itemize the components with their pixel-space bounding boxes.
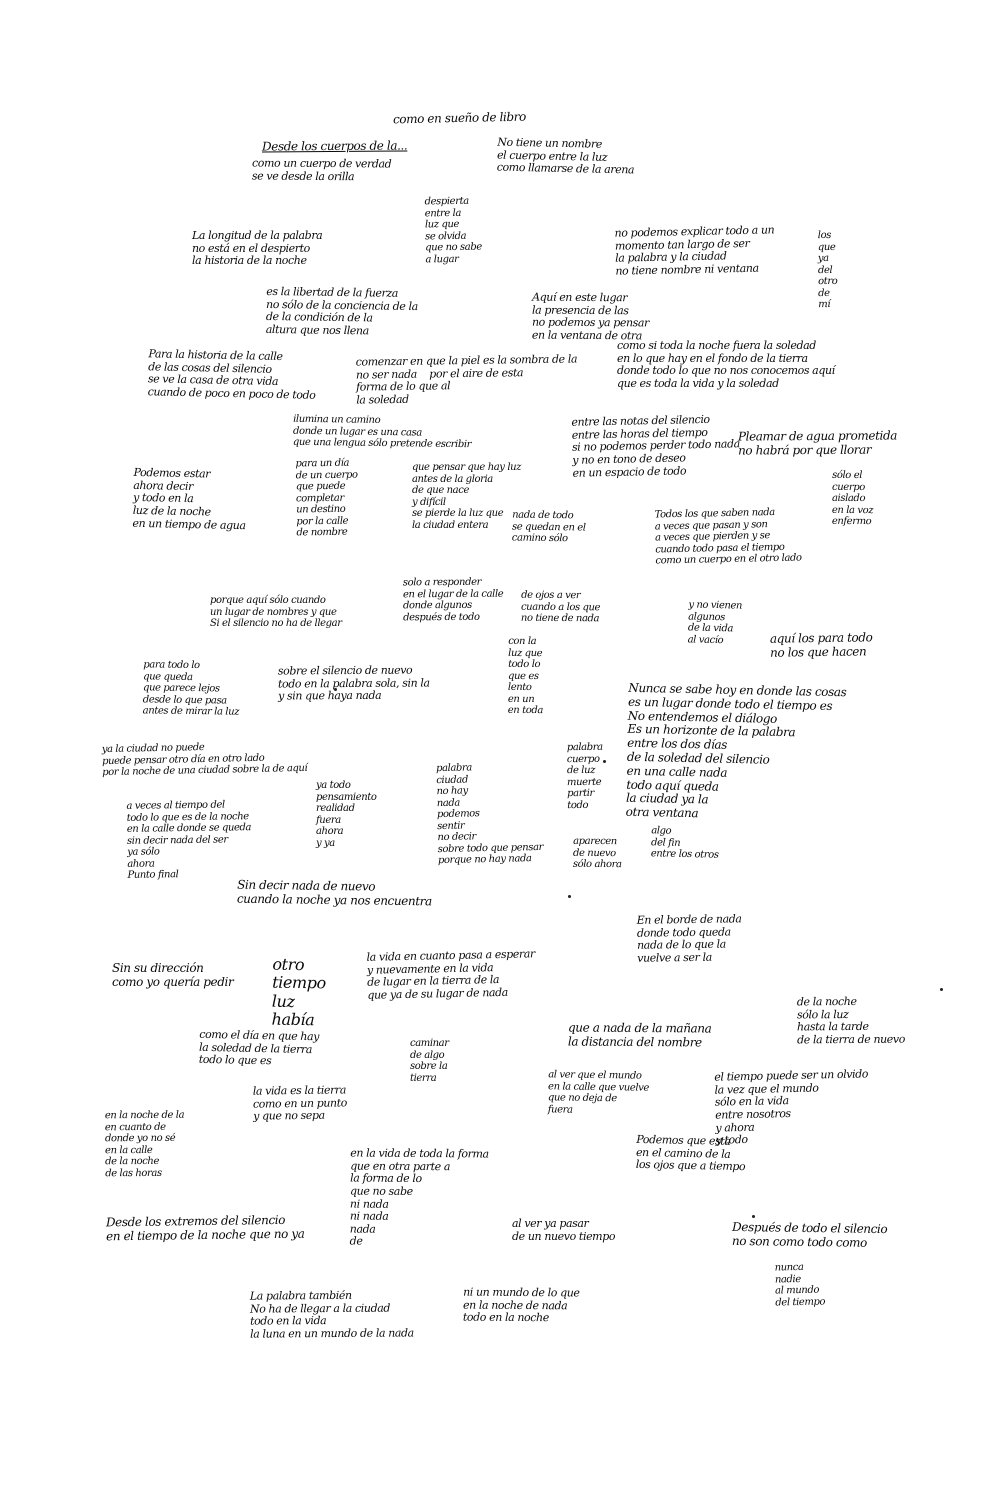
handwritten-line: para todo lo [143,659,240,672]
handwritten-fragment: despiertaentre laluz quese olvidaque no … [425,196,483,266]
handwritten-fragment: y no vienenalgunosde la vidaal vacío [688,599,743,646]
handwritten-fragment: de ojos a vercuando a los queno tiene de… [521,590,600,625]
handwritten-line: La longitud de la palabra [192,230,322,243]
handwritten-line: que no sabe [425,242,482,254]
handwritten-line: de la vida [688,622,742,635]
handwritten-line: se pierde la luz que [412,508,521,520]
handwritten-line: nada [350,1223,488,1237]
handwritten-fragment: Sin decir nada de nuevocuando la noche y… [237,879,432,909]
ink-speck [940,988,943,991]
handwritten-line: ya todo [316,780,377,792]
handwritten-line: en un tiempo de agua [132,517,245,532]
handwritten-line: de un nuevo tiempo [512,1231,615,1244]
handwritten-line: cuando de poco en poco de todo [147,386,315,402]
handwritten-fragment: aparecende nuevosólo ahora [573,836,622,871]
handwritten-line: la distancia del nombre [568,1035,711,1050]
handwritten-line: realidad [316,803,377,815]
handwritten-fragment: la vida en cuanto pasa a esperary nuevam… [366,948,535,1002]
handwritten-line: cuando a los que [521,601,600,613]
handwritten-line: como yo quería pedir [112,976,233,990]
handwritten-fragment: ya todopensamientorealidadfueraahoray ya [316,780,377,849]
handwritten-line: de luz [567,765,603,777]
handwritten-line: de [818,287,837,299]
handwritten-line: antes de la gloria [412,474,521,486]
handwritten-line: los [818,230,837,242]
handwritten-fragment: entre las notas del silencioentre las ho… [571,413,740,480]
handwritten-line: otro [272,956,326,975]
handwritten-line: que pensar que hay luz [412,462,521,474]
handwritten-line: enfermo [832,516,873,528]
handwritten-line: de que nace [412,485,521,497]
handwritten-fragment: La longitud de la palabrano está en el d… [192,230,322,268]
handwritten-fragment: como un cuerpo de verdadse ve desde la o… [252,158,391,184]
handwritten-line: porque no hay nada [438,853,543,867]
handwritten-line: en la voz [832,504,873,516]
handwritten-line: por la calle [296,515,358,527]
handwritten-line: como en sueño de libro [393,111,526,128]
handwritten-line: fuera [548,1104,649,1117]
handwritten-fragment: Aquí en este lugarla presencia de lasno … [532,292,649,343]
handwritten-fragment: como si toda la noche fuera la soledaden… [617,340,835,391]
handwritten-fragment: porque aquí sólo cuandoun lugar de nombr… [210,595,342,630]
handwritten-fragment: la vida es la tierracomo en un puntoy qu… [253,1084,347,1123]
handwritten-fragment: que a nada de la mañanala distancia del … [568,1022,712,1051]
handwritten-line: ahora [316,826,377,838]
handwritten-line: de la noche [105,1156,184,1168]
handwritten-line: a lugar [425,253,482,265]
handwritten-line: cuerpo [567,753,603,765]
handwritten-line: completar [296,492,358,504]
ink-speck [603,760,606,763]
handwritten-line: fuera [316,815,377,827]
handwritten-fragment: Nunca se sabe hoy en donde las cosases u… [626,682,847,825]
handwritten-fragment: en la noche de laen cuanto dedonde yo no… [105,1110,185,1180]
handwritten-line: que no deja de [548,1092,649,1105]
handwritten-line: aparecen [573,836,622,848]
handwritten-line: en el tiempo de la noche que no ya [106,1227,305,1244]
handwritten-line: otro [818,276,837,288]
handwritten-fragment: Pleamar de agua prometidano habrá por qu… [738,429,897,458]
handwritten-line: donde algunos [403,600,503,612]
ink-speck [568,895,571,898]
handwritten-line: que una lengua sólo pretende escribir [293,437,471,451]
handwritten-fragment: losqueyadelotrodemí [818,230,838,311]
handwritten-line: muerte [567,776,603,788]
handwritten-line: había [271,1011,325,1030]
handwritten-fragment: palabraciudadno haynadapodemossentirno d… [436,761,543,867]
handwritten-fragment: sólo elcuerpoaisladoen la vozenfermo [832,470,874,528]
handwritten-line: al ver ya pasar [512,1218,615,1231]
handwritten-line: la soledad [356,391,578,407]
handwritten-line: aislado [832,493,873,505]
handwritten-line: no habrá por que llorar [738,443,897,458]
handwritten-line: no tiene nombre ni ventana [615,262,775,278]
handwritten-line: en el lugar de la calle [403,588,503,600]
handwritten-line: en toda [508,705,543,717]
handwritten-fragment: Desde los extremos del silencioen el tie… [106,1214,305,1244]
handwritten-line: para un día [295,458,357,470]
handwritten-line: todo lo que es [199,1054,319,1069]
handwritten-line: y que no sepa [253,1110,347,1124]
handwritten-line: Sin su dirección [112,962,233,976]
handwritten-line: altura que nos llena [266,324,418,339]
handwritten-line: al mundo [775,1284,825,1297]
ink-speck [334,688,337,691]
handwritten-fragment: de la nochesólo la luzhasta la tardede l… [797,996,905,1047]
handwritten-line: no los que hacen [770,645,873,660]
handwritten-line: luz que [425,219,482,231]
handwritten-line: partir [567,788,603,800]
handwritten-line: del tiempo [775,1296,825,1309]
handwritten-line: entre la [425,207,482,219]
handwritten-line: despierta [425,196,482,208]
handwritten-line: todo lo [508,659,543,671]
handwritten-line: pensamiento [316,792,377,804]
handwritten-line: se olvida [425,230,482,242]
handwritten-fragment: no podemos explicar todo a unmomento tan… [614,224,775,278]
handwritten-fragment: comenzar en que la piel es la sombra de … [356,353,578,407]
handwritten-line: de algo [410,1050,449,1062]
handwritten-line: los ojos que a tiempo [636,1159,746,1174]
handwritten-line: de nuevo [573,847,622,859]
handwritten-fragment: ya la ciudad no puedepuede pensar otro d… [102,740,308,779]
handwritten-fragment: para todo loque quedaque parece lejosdes… [143,659,240,718]
handwritten-line: sólo el [832,470,873,482]
handwritten-line: la ciudad entera [412,520,521,532]
handwritten-line: Si el silencio no ha de llegar [210,618,342,630]
handwritten-line: Desde los cuerpos de la... [262,139,407,154]
handwritten-fragment: caminarde algosobre latierra [410,1038,449,1084]
handwritten-line: un destino [296,504,358,516]
handwritten-line: cuerpo [832,481,873,493]
handwritten-fragment: con laluz quetodo loque eslentoen unen t… [508,636,544,717]
handwritten-line: que parece lejos [143,682,240,695]
handwritten-line: un lugar de nombres y que [210,607,342,619]
handwritten-line: como si toda la noche fuera la soledad [617,340,835,353]
handwritten-line: luz que [508,647,543,659]
handwritten-line: porque aquí sólo cuando [210,595,342,607]
handwritten-line: donde yo no sé [105,1133,184,1145]
handwritten-line: que puede [296,481,358,493]
handwritten-fragment: No tiene un nombreel cuerpo entre la luz… [497,137,635,178]
handwritten-line: como un cuerpo en el otro lado [655,552,801,567]
handwritten-line: ya [818,253,837,265]
handwritten-line: la luna en un mundo de la nada [250,1327,414,1341]
handwritten-line: que ya de su lugar de nada [367,986,535,1002]
handwritten-fragment: en la vida de toda la formaque en otra p… [350,1148,489,1250]
handwritten-line: nada de todo [512,509,586,522]
handwritten-fragment: al ver que el mundoen la calle que vuelv… [548,1069,649,1116]
handwritten-line: al ver que el mundo [548,1069,649,1082]
handwritten-line: vuelve a ser la [637,951,742,965]
handwritten-line: luz [272,992,326,1011]
handwritten-line: y ya [316,838,377,850]
handwritten-line: del [818,264,837,276]
handwritten-line: de las horas [105,1167,184,1179]
handwritten-fragment: otrotiempoluzhabía [271,956,326,1030]
handwritten-line: al vacío [688,634,742,647]
handwritten-fragment: Desde los cuerpos de la... [262,139,407,154]
handwritten-fragment: Después de todo el silenciono son como t… [732,1221,888,1251]
handwritten-line: palabra [567,742,603,754]
handwritten-fragment: palabracuerpode luzmuertepartirtodo [567,742,603,811]
ink-speck [752,1215,755,1218]
handwritten-line: que [818,241,837,253]
handwritten-line: camino sólo [512,532,586,545]
handwritten-fragment: La palabra tambiénNo ha de llegar a la c… [250,1289,414,1341]
handwritten-line: todo en la noche [463,1312,580,1325]
handwritten-fragment: Podemos que estaen el camino de lalos oj… [636,1134,746,1174]
handwritten-fragment: Todos los que saben nadaa veces que pasa… [654,506,801,567]
handwritten-line: algo [651,825,719,838]
handwritten-fragment: al ver ya pasarde un nuevo tiempo [512,1218,615,1243]
handwritten-line: antes de mirar la luz [143,705,240,718]
handwritten-fragment: Sin su direccióncomo yo quería pedir [112,962,233,990]
handwritten-line: que es toda la vida y la soledad [617,378,835,391]
handwritten-fragment: ni un mundo de lo queen la noche de nada… [463,1287,580,1326]
handwritten-line: caminar [410,1038,449,1050]
handwritten-line: lento [508,682,543,694]
handwritten-line: no son como todo como [732,1235,887,1251]
handwritten-line: de un cuerpo [296,469,358,481]
handwritten-line: sólo ahora [573,859,622,871]
handwritten-line: en la calle [105,1144,184,1156]
handwritten-line: en un espacio de todo [572,464,740,480]
handwritten-fragment: como en sueño de libro [393,111,526,128]
handwritten-fragment: nuncanadieal mundodel tiempo [775,1261,826,1308]
handwritten-line: cuando la noche ya nos encuentra [237,892,432,909]
handwritten-line: como llamarse de la arena [497,162,635,178]
handwritten-line: la historia de la noche [192,255,322,268]
handwritten-line: que es [508,670,543,682]
handwritten-fragment: que pensar que hay luzantes de la gloria… [412,462,521,531]
manuscript-page: como en sueño de libroDesde los cuerpos … [0,0,983,1500]
handwritten-fragment: algodel finentre los otros [651,825,719,861]
handwritten-fragment: sobre el silencio de nuevotodo en la pal… [278,664,430,703]
handwritten-line: en cuanto de [105,1121,184,1133]
handwritten-line: y difícil [412,497,521,509]
handwritten-fragment: ilumina un caminodonde un lugar es una c… [293,414,472,451]
handwritten-line: tierra [410,1073,449,1085]
handwritten-line: y no vienen [688,599,742,612]
handwritten-line: Punto final [127,868,251,881]
handwritten-fragment: Para la historia de la callede las cosas… [147,348,316,402]
handwritten-line: todo [567,799,603,811]
handwritten-fragment: Podemos estarahora deciry todo en laluz … [132,467,246,533]
handwritten-line: en la noche de la [105,1110,184,1122]
handwritten-fragment: nada de todose quedan en elcamino sólo [512,509,586,545]
handwritten-line: solo a responder [403,577,503,589]
handwritten-line: mí [818,299,837,311]
handwritten-fragment: solo a responderen el lugar de la called… [403,577,504,624]
handwritten-line: no tiene de nada [521,613,600,625]
handwritten-line: se ve desde la orilla [252,170,391,184]
handwritten-fragment: como el día en que hayla soledad de la t… [199,1029,320,1069]
handwritten-line: tiempo [272,974,326,993]
handwritten-line: de ojos a ver [521,590,600,602]
handwritten-line: con la [508,636,543,648]
handwritten-line: de la noche [797,996,905,1009]
handwritten-line: en la calle donde se queda [127,822,251,835]
handwritten-line: en un [508,693,543,705]
handwritten-fragment: a veces al tiempo deltodo lo que es de l… [126,799,251,881]
handwritten-line: de la tierra de nuevo [797,1034,905,1047]
handwritten-line: después de todo [403,611,503,623]
handwritten-line: de nombre [296,527,358,539]
handwritten-fragment: es la libertad de la fuerzano sólo de la… [266,286,418,339]
handwritten-fragment: para un díade un cuerpoque puedecompleta… [295,458,358,539]
handwritten-line: entre los otros [651,848,719,861]
handwritten-fragment: aquí los para todono los que hacen [770,631,873,660]
handwritten-line: se quedan en el [512,521,586,534]
handwritten-line: y sin que haya nada [278,690,430,704]
handwritten-fragment: En el borde de nadadonde todo quedanada … [637,913,742,965]
handwritten-line: sobre la [410,1061,449,1073]
handwritten-line: de [350,1236,488,1250]
